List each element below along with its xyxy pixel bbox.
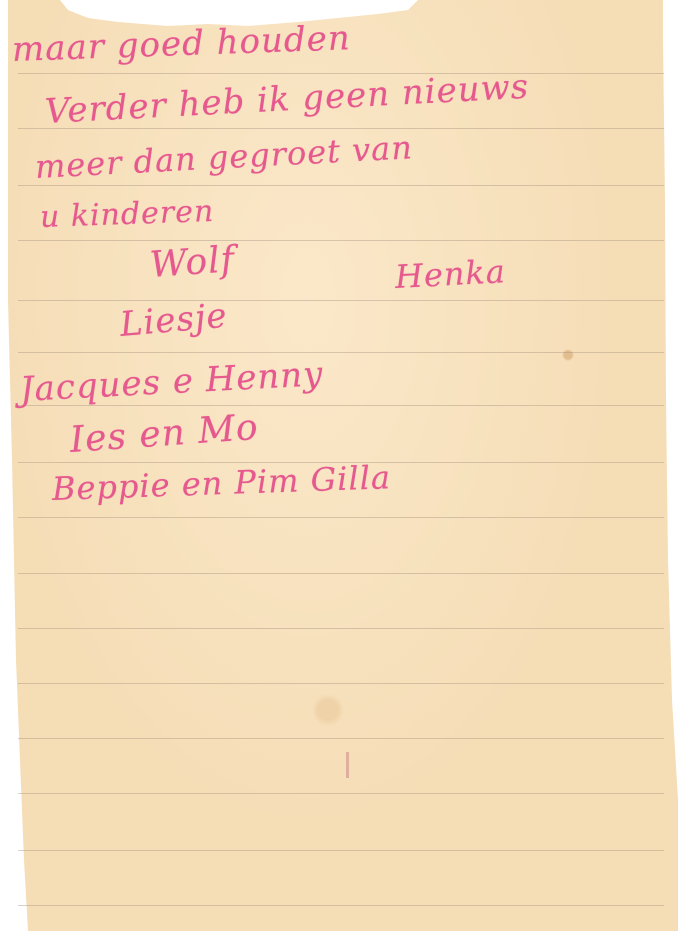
ruled-line bbox=[18, 300, 664, 301]
handwritten-line: Wolf bbox=[149, 239, 237, 286]
ruled-line bbox=[18, 628, 664, 629]
ruled-line bbox=[18, 850, 664, 851]
handwritten-line: u kinderen bbox=[39, 194, 214, 235]
ink-mark bbox=[346, 752, 349, 778]
ruled-line bbox=[18, 240, 664, 241]
ruled-line bbox=[18, 905, 664, 906]
ruled-line bbox=[18, 738, 664, 739]
ruled-line bbox=[18, 517, 664, 518]
ruled-line bbox=[18, 573, 664, 574]
handwritten-line: Henka bbox=[394, 252, 507, 296]
ruled-line bbox=[18, 683, 664, 684]
ruled-line bbox=[18, 73, 664, 74]
ruled-line bbox=[18, 793, 664, 794]
ruled-line bbox=[18, 352, 664, 353]
ruled-line bbox=[18, 405, 664, 406]
ruled-line bbox=[18, 185, 664, 186]
